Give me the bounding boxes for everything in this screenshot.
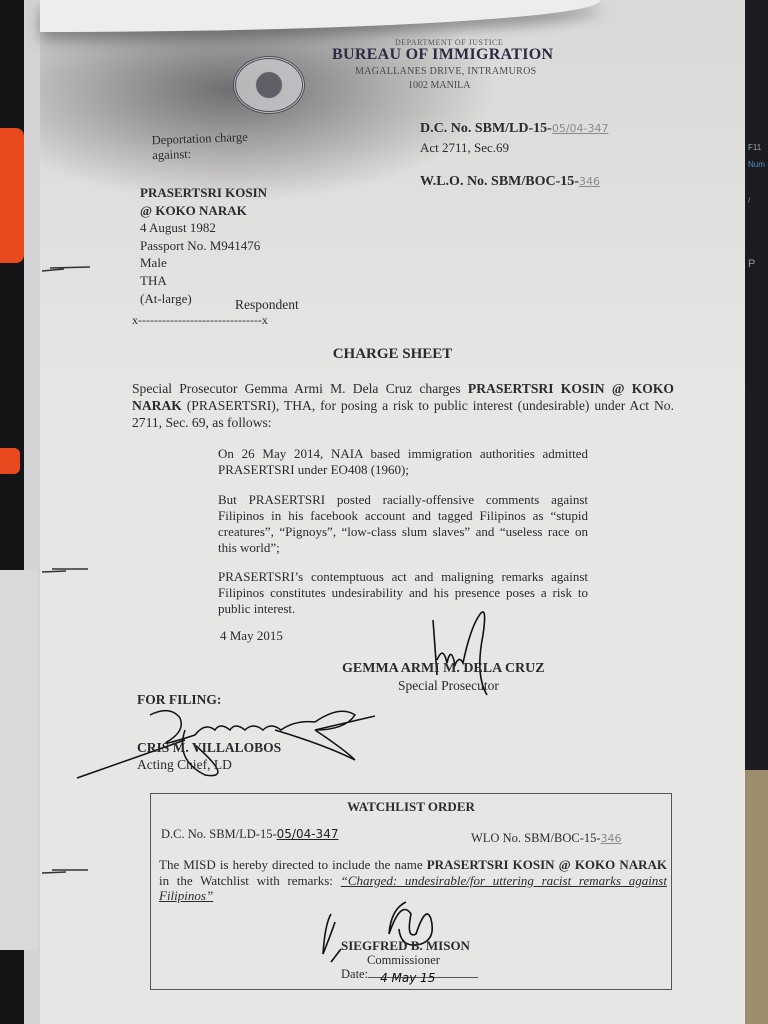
watchlist-wlo-label: WLO No. SBM/BOC-15- — [471, 831, 601, 845]
wlo-number-handwritten: 346 — [579, 175, 600, 188]
charge-paragraph: PRASERTSRI’s contemptuous act and malign… — [218, 569, 588, 617]
charge-sheet-document: DEPARTMENT OF JUSTICE BUREAU OF IMMIGRAT… — [40, 0, 745, 1024]
charge-paragraph: But PRASERTSRI posted racially-offensive… — [218, 492, 588, 556]
keyboard-key-label: F11 — [748, 143, 761, 152]
wlo-number: W.L.O. No. SBM/BOC-15-346 — [420, 174, 600, 190]
watchlist-dc-number: D.C. No. SBM/LD-15-05/04-347 — [161, 827, 338, 842]
page-curl — [40, 0, 600, 32]
charge-intro: Special Prosecutor Gemma Armi M. Dela Cr… — [132, 380, 674, 431]
dc-number-handwritten: 05/04-347 — [552, 122, 609, 135]
dc-number: D.C. No. SBM/LD-15-05/04-347 — [420, 121, 609, 137]
bureau-name: BUREAU OF IMMIGRATION — [332, 46, 553, 64]
prosecutor-name: GEMMA ARMI M. DELA CRUZ — [342, 661, 545, 677]
address-line-1: MAGALLANES DRIVE, INTRAMUROS — [355, 66, 536, 77]
watchlist-dc-label: D.C. No. SBM/LD-15- — [161, 827, 277, 841]
commissioner-title: Commissioner — [367, 953, 440, 968]
filing-signatory-title: Acting Chief, LD — [137, 757, 232, 773]
keyboard-background — [742, 0, 768, 770]
watchlist-order-box: WATCHLIST ORDER D.C. No. SBM/LD-15-05/04… — [150, 793, 672, 990]
intro-text: Special Prosecutor Gemma Armi M. Dela Cr… — [132, 381, 468, 396]
keyboard-key-label: P — [748, 258, 755, 270]
directive-text: in the Watchlist with remarks: — [159, 873, 341, 888]
dc-number-label: D.C. No. SBM/LD-15- — [420, 121, 552, 136]
charge-date: 4 May 2015 — [220, 628, 283, 644]
staple-mark-icon — [40, 266, 92, 274]
respondent-label: Respondent — [235, 297, 299, 313]
act-reference: Act 2711, Sec.69 — [420, 140, 509, 156]
directive-respondent-name: PRASERTSRI KOSIN @ KOKO NARAK — [427, 857, 667, 872]
paper-stack — [0, 570, 38, 950]
respondent-details: PRASERTSRI KOSIN @ KOKO NARAK 4 August 1… — [140, 184, 267, 307]
wlo-number-label: W.L.O. No. SBM/BOC-15- — [420, 174, 579, 189]
keyboard-key-label: / — [748, 196, 750, 205]
respondent-name: PRASERTSRI KOSIN — [140, 184, 267, 202]
address-line-2: 1002 MANILA — [408, 80, 471, 91]
intro-text: (PRASERTSRI), THA, for posing a risk to … — [132, 398, 674, 430]
filing-signatory-name: CRIS M. VILLALOBOS — [137, 740, 281, 756]
keyboard-key-label: Num — [748, 160, 765, 169]
staple-mark-icon — [40, 868, 92, 876]
watchlist-date: Date:4 May 15 — [341, 967, 478, 982]
watchlist-wlo-handwritten: 346 — [601, 832, 622, 845]
orange-object — [0, 128, 24, 263]
watchlist-wlo-number: WLO No. SBM/BOC-15-346 — [471, 831, 622, 846]
watchlist-title: WATCHLIST ORDER — [151, 799, 671, 815]
separator-line: x-------------------------------x — [132, 313, 268, 328]
doj-seal-icon — [233, 56, 305, 114]
respondent-passport: Passport No. M941476 — [140, 237, 267, 255]
commissioner-name: SIEGFRED B. MISON — [341, 938, 470, 954]
staple-mark-icon — [40, 567, 92, 575]
charge-sheet-title: CHARGE SHEET — [40, 346, 745, 363]
deportation-label: Deportation charge against: — [152, 129, 283, 164]
charge-paragraph: On 26 May 2014, NAIA based immigration a… — [218, 446, 588, 478]
orange-object — [0, 448, 20, 474]
date-handwritten: 4 May 15 — [380, 971, 435, 985]
respondent-sex: Male — [140, 254, 267, 272]
respondent-nationality: THA — [140, 272, 267, 290]
date-label: Date: — [341, 967, 368, 981]
respondent-alias: @ KOKO NARAK — [140, 202, 267, 220]
respondent-dob: 4 August 1982 — [140, 219, 267, 237]
prosecutor-title: Special Prosecutor — [398, 678, 499, 694]
directive-text: The MISD is hereby directed to include t… — [159, 857, 427, 872]
watchlist-dc-handwritten: 05/04-347 — [277, 827, 339, 841]
